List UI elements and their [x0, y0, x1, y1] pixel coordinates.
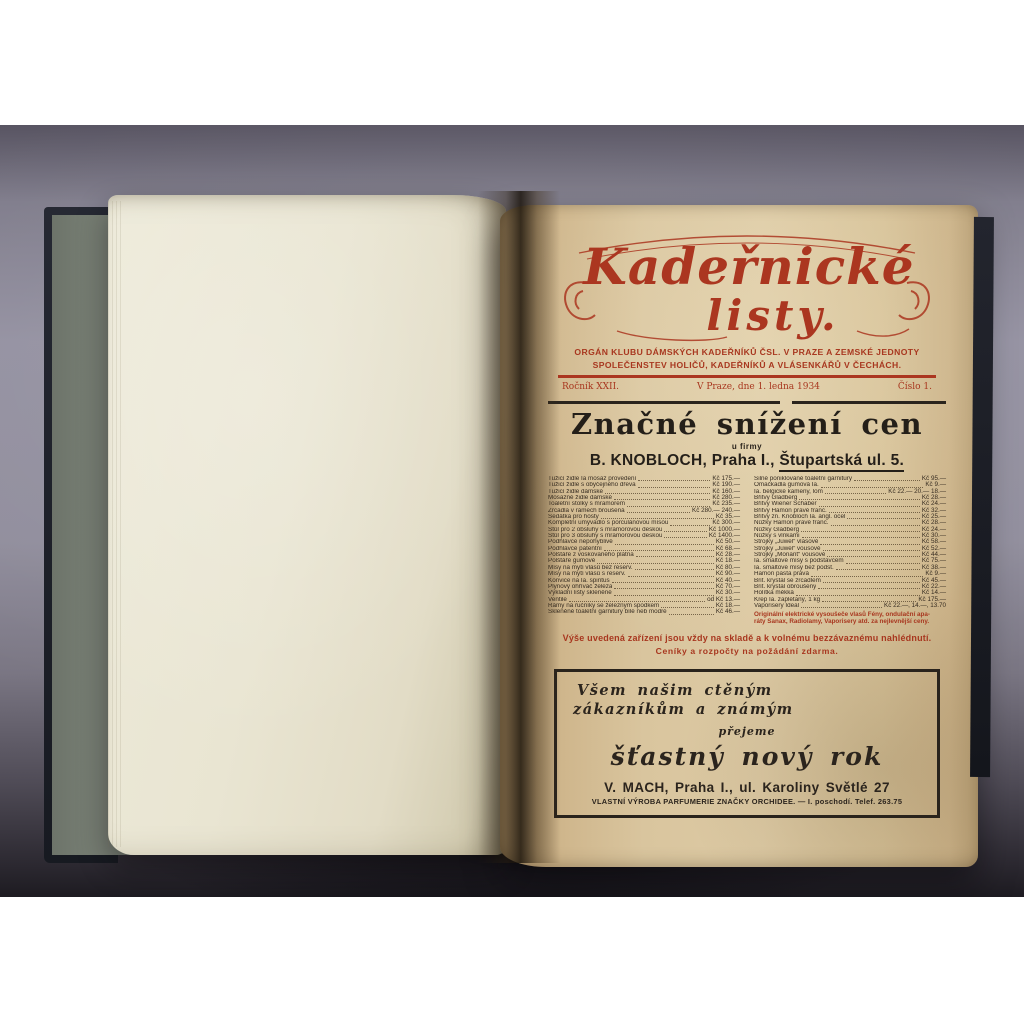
price-value: Kč 22.—, 14.—, 13.70	[884, 603, 946, 609]
mach-footer-line: VLASTNÍ VÝROBA PARFUMERIE ZNAČKY ORCHIDE…	[571, 797, 923, 806]
dotted-leader	[614, 595, 714, 596]
dotted-leader	[825, 493, 886, 494]
dotted-leader	[569, 601, 705, 602]
mach-new-year-wish: šťastný nový rok	[571, 742, 923, 771]
printed-right-page: Kadeřnické listy. ORGÁN KLUBU DÁMSKÝCH K…	[500, 205, 978, 867]
dotted-leader	[605, 493, 710, 494]
dotted-leader	[661, 607, 714, 608]
mach-greeting-line-3: přejeme	[571, 725, 923, 738]
dotted-leader	[627, 512, 690, 513]
price-list-row: Skleněné toaletní garnitury bílé neb mod…	[548, 609, 740, 615]
firm-intro-label: u firmy	[548, 442, 946, 451]
discount-headline: Značné snížení cen	[548, 407, 946, 441]
organ-line-1: ORGÁN KLUBU DÁMSKÝCH KADEŘNÍKŮ ČSL. V PR…	[548, 347, 946, 358]
dotted-leader	[823, 582, 920, 583]
volume-label: Ročník XXII.	[562, 382, 619, 392]
dotted-leader	[854, 480, 920, 481]
date-label: V Praze, dne 1. ledna 1934	[697, 382, 820, 392]
price-list-left-column: Tužicí židle Ia mosaz provedení Kč 175.—…	[548, 476, 740, 625]
mach-firm-address: V. MACH, Praha I., ul. Karoliny Světlé 2…	[571, 780, 923, 795]
dotted-leader	[811, 576, 923, 577]
red-divider-rule	[558, 375, 936, 378]
book-cover-right-edge	[970, 217, 994, 777]
price-item-label: Vaporisery Ideal	[754, 603, 799, 609]
dotted-leader	[635, 569, 714, 570]
dotted-leader	[612, 582, 714, 583]
blank-left-page	[108, 195, 506, 855]
firm-street-underlined: Štupartská ul. 5.	[779, 452, 904, 472]
masthead-title-line2: listy.	[706, 291, 839, 340]
dotted-leader	[664, 537, 706, 538]
dotted-leader	[823, 550, 920, 551]
mach-ad-box: Všem našim ctěným zákazníkům a známým př…	[554, 669, 940, 818]
red-note-line-2: ráty Sanax, Radiolamy, Vaporisery atd. z…	[754, 618, 946, 625]
firm-name: B. KNOBLOCH, Praha I.,	[590, 452, 775, 469]
firm-name-line: B. KNOBLOCH, Praha I., Štupartská ul. 5.	[548, 452, 946, 470]
price-list-right-column: Silné poniklované toaletní garnitury Kč …	[754, 476, 946, 609]
dotted-leader	[638, 480, 710, 481]
dotted-leader	[829, 512, 920, 513]
dotted-leader	[801, 607, 882, 608]
page-fore-edge	[108, 201, 124, 847]
price-list: Tužicí židle Ia mosaz provedení Kč 175.—…	[548, 476, 946, 625]
dotted-leader	[628, 576, 714, 577]
dotted-leader	[615, 544, 714, 545]
headline-top-rules	[548, 401, 946, 404]
mach-greeting-line-2: zákazníkům a známým	[573, 701, 923, 718]
dotted-leader	[601, 518, 714, 519]
dotted-leader	[846, 563, 920, 564]
dotted-leader	[604, 550, 714, 551]
organ-line-2: SPOLEČENSTEV HOLIČŮ, KADEŘNÍKŮ A VLÁSENK…	[548, 360, 946, 371]
masthead-logo: Kadeřnické listy.	[557, 227, 937, 345]
dotted-leader	[836, 569, 920, 570]
dotted-leader	[636, 556, 714, 557]
photo-backdrop: Kadeřnické listy. ORGÁN KLUBU DÁMSKÝCH K…	[0, 125, 1024, 897]
dotted-leader	[818, 588, 920, 589]
dotted-leader	[820, 544, 919, 545]
page-content: Kadeřnické listy. ORGÁN KLUBU DÁMSKÝCH K…	[548, 227, 946, 818]
dotted-leader	[638, 487, 711, 488]
dotted-leader	[801, 531, 920, 532]
dotted-leader	[827, 556, 919, 557]
dotted-leader	[614, 588, 713, 589]
price-item-label: Skleněné toaletní garnitury bílé neb mod…	[548, 609, 667, 615]
dotted-leader	[831, 525, 920, 526]
dotted-leader	[819, 506, 920, 507]
dotted-leader	[670, 525, 710, 526]
stock-notice-line: Výše uvedená zařízení jsou vždy na sklad…	[548, 633, 946, 643]
dotted-leader	[847, 518, 919, 519]
dateline: Ročník XXII. V Praze, dne 1. ledna 1934 …	[548, 382, 946, 392]
dotted-leader	[614, 499, 710, 500]
issue-label: Číslo 1.	[898, 382, 932, 392]
dotted-leader	[597, 563, 714, 564]
dotted-leader	[664, 531, 706, 532]
dotted-leader	[796, 595, 920, 596]
pricelist-notice-line: Ceníky a rozpočty na požádání zdarma.	[548, 646, 946, 656]
dotted-leader	[669, 614, 714, 615]
price-list-right-wrap: Silné poniklované toaletní garnitury Kč …	[754, 476, 946, 625]
mach-greeting-line-1: Všem našim ctěným	[577, 682, 923, 699]
dotted-leader	[799, 499, 919, 500]
price-list-row: Vaporisery Ideal Kč 22.—, 14.—, 13.70	[754, 603, 946, 609]
dotted-leader	[802, 537, 920, 538]
red-note-line-1: Originální elektrické vysoušeče vlasů Fé…	[754, 611, 946, 618]
price-value: Kč 46.—	[716, 609, 740, 615]
red-note: Originální elektrické vysoušeče vlasů Fé…	[754, 611, 946, 625]
masthead-title-line1: Kadeřnické	[581, 237, 914, 296]
